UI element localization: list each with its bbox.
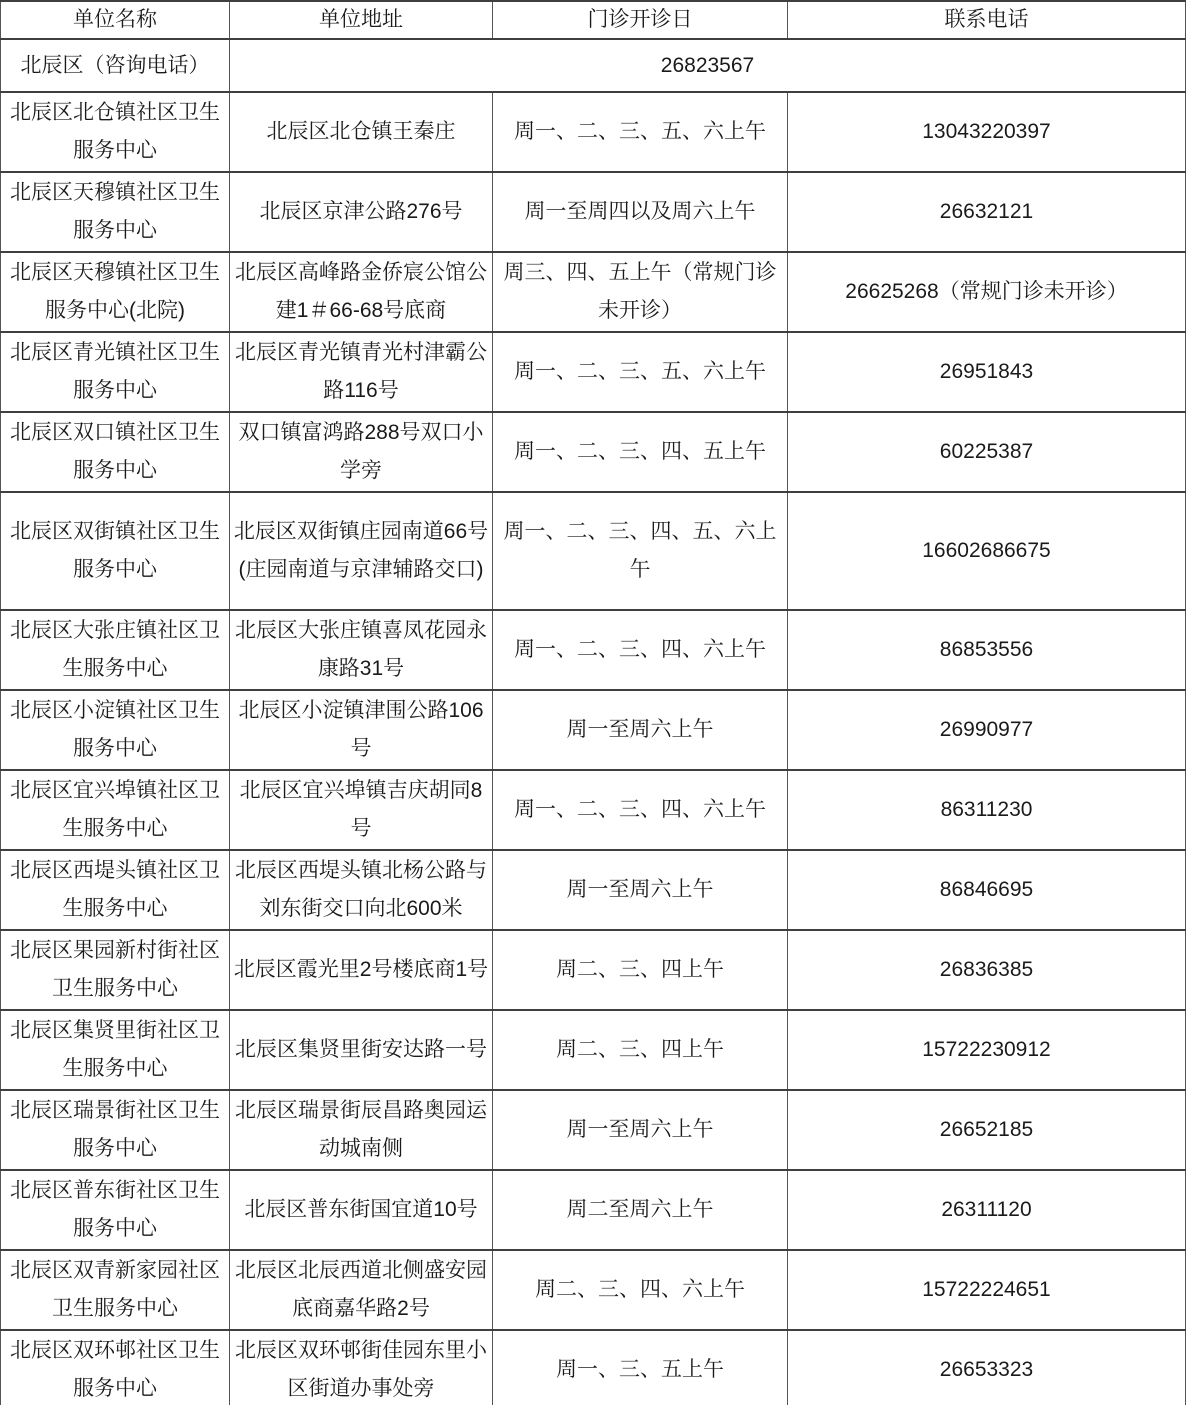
phone-cell: 26311120	[788, 1170, 1186, 1250]
address-cell: 北辰区北仓镇王秦庄	[230, 92, 493, 172]
address-cell: 北辰区双环邨街佳园东里小区街道办事处旁	[230, 1330, 493, 1405]
unit-name-cell: 北辰区双街镇社区卫生服务中心	[1, 492, 230, 610]
days-cell: 周二、三、四上午	[493, 930, 788, 1010]
column-header-unit-name: 单位名称	[1, 1, 230, 39]
unit-name-cell: 北辰区青光镇社区卫生服务中心	[1, 332, 230, 412]
phone-cell: 15722224651	[788, 1250, 1186, 1330]
table-row: 北辰区小淀镇社区卫生服务中心 北辰区小淀镇津围公路106号 周一至周六上午 26…	[1, 690, 1186, 770]
clinic-table: 单位名称 单位地址 门诊开诊日 联系电话 北辰区（咨询电话） 26823567 …	[0, 0, 1186, 1405]
table-body: 北辰区（咨询电话） 26823567 北辰区北仓镇社区卫生服务中心 北辰区北仓镇…	[1, 39, 1186, 1405]
phone-cell: 60225387	[788, 412, 1186, 492]
unit-name-cell: 北辰区北仓镇社区卫生服务中心	[1, 92, 230, 172]
phone-cell: 26632121	[788, 172, 1186, 252]
days-cell: 周一、三、五上午	[493, 1330, 788, 1405]
table-row: 北辰区双口镇社区卫生服务中心 双口镇富鸿路288号双口小学旁 周一、二、三、四、…	[1, 412, 1186, 492]
days-cell: 周一至周六上午	[493, 1090, 788, 1170]
unit-name-cell: 北辰区宜兴埠镇社区卫生服务中心	[1, 770, 230, 850]
column-header-contact-phone: 联系电话	[788, 1, 1186, 39]
address-cell: 北辰区高峰路金侨宸公馆公建1＃66-68号底商	[230, 252, 493, 332]
phone-cell: 13043220397	[788, 92, 1186, 172]
address-cell: 北辰区大张庄镇喜凤花园永康路31号	[230, 610, 493, 690]
phone-cell: 86846695	[788, 850, 1186, 930]
table-row: 北辰区集贤里街社区卫生服务中心 北辰区集贤里街安达路一号 周二、三、四上午 15…	[1, 1010, 1186, 1090]
days-cell: 周一至周四以及周六上午	[493, 172, 788, 252]
table-row: 北辰区天穆镇社区卫生服务中心 北辰区京津公路276号 周一至周四以及周六上午 2…	[1, 172, 1186, 252]
unit-name-cell: 北辰区瑞景街社区卫生服务中心	[1, 1090, 230, 1170]
unit-name-cell: 北辰区果园新村街社区卫生服务中心	[1, 930, 230, 1010]
table-row: 北辰区西堤头镇社区卫生服务中心 北辰区西堤头镇北杨公路与刘东街交口向北600米 …	[1, 850, 1186, 930]
unit-name-cell: 北辰区天穆镇社区卫生服务中心	[1, 172, 230, 252]
phone-cell: 26625268（常规门诊未开诊）	[788, 252, 1186, 332]
header-row: 单位名称 单位地址 门诊开诊日 联系电话	[1, 1, 1186, 39]
table-row: 北辰区青光镇社区卫生服务中心 北辰区青光镇青光村津霸公路116号 周一、二、三、…	[1, 332, 1186, 412]
days-cell: 周一至周六上午	[493, 850, 788, 930]
column-header-clinic-days: 门诊开诊日	[493, 1, 788, 39]
unit-name-cell: 北辰区双口镇社区卫生服务中心	[1, 412, 230, 492]
address-cell: 北辰区普东街国宜道10号	[230, 1170, 493, 1250]
days-cell: 周二、三、四、六上午	[493, 1250, 788, 1330]
address-cell: 北辰区京津公路276号	[230, 172, 493, 252]
table-row: 北辰区双青新家园社区卫生服务中心 北辰区北辰西道北侧盛安园底商嘉华路2号 周二、…	[1, 1250, 1186, 1330]
table-row: 北辰区北仓镇社区卫生服务中心 北辰区北仓镇王秦庄 周一、二、三、五、六上午 13…	[1, 92, 1186, 172]
unit-name-cell: 北辰区天穆镇社区卫生服务中心(北院)	[1, 252, 230, 332]
column-header-unit-address: 单位地址	[230, 1, 493, 39]
days-cell: 周一、二、三、五、六上午	[493, 332, 788, 412]
days-cell: 周一、二、三、四、五、六上午	[493, 492, 788, 610]
unit-name-cell: 北辰区（咨询电话）	[1, 39, 230, 92]
phone-cell: 86853556	[788, 610, 1186, 690]
phone-cell: 15722230912	[788, 1010, 1186, 1090]
days-cell: 周二、三、四上午	[493, 1010, 788, 1090]
address-cell: 北辰区西堤头镇北杨公路与刘东街交口向北600米	[230, 850, 493, 930]
days-cell: 周二至周六上午	[493, 1170, 788, 1250]
phone-cell: 26951843	[788, 332, 1186, 412]
unit-name-cell: 北辰区大张庄镇社区卫生服务中心	[1, 610, 230, 690]
unit-name-cell: 北辰区双环邨社区卫生服务中心	[1, 1330, 230, 1405]
phone-cell: 26653323	[788, 1330, 1186, 1405]
days-cell: 周一、二、三、四、六上午	[493, 770, 788, 850]
table-row: 北辰区瑞景街社区卫生服务中心 北辰区瑞景街辰昌路奥园运动城南侧 周一至周六上午 …	[1, 1090, 1186, 1170]
table-row: 北辰区普东街社区卫生服务中心 北辰区普东街国宜道10号 周二至周六上午 2631…	[1, 1170, 1186, 1250]
phone-cell: 26652185	[788, 1090, 1186, 1170]
phone-cell: 26990977	[788, 690, 1186, 770]
table-row: 北辰区大张庄镇社区卫生服务中心 北辰区大张庄镇喜凤花园永康路31号 周一、二、三…	[1, 610, 1186, 690]
phone-cell: 16602686675	[788, 492, 1186, 610]
table-row: 北辰区双街镇社区卫生服务中心 北辰区双街镇庄园南道66号(庄园南道与京津辅路交口…	[1, 492, 1186, 610]
unit-name-cell: 北辰区双青新家园社区卫生服务中心	[1, 1250, 230, 1330]
address-cell: 北辰区瑞景街辰昌路奥园运动城南侧	[230, 1090, 493, 1170]
table-row: 北辰区果园新村街社区卫生服务中心 北辰区霞光里2号楼底商1号 周二、三、四上午 …	[1, 930, 1186, 1010]
days-cell: 周一至周六上午	[493, 690, 788, 770]
table-row: 北辰区宜兴埠镇社区卫生服务中心 北辰区宜兴埠镇吉庆胡同8号 周一、二、三、四、六…	[1, 770, 1186, 850]
address-cell: 北辰区霞光里2号楼底商1号	[230, 930, 493, 1010]
address-cell: 北辰区集贤里街安达路一号	[230, 1010, 493, 1090]
address-cell: 北辰区宜兴埠镇吉庆胡同8号	[230, 770, 493, 850]
phone-cell: 26836385	[788, 930, 1186, 1010]
unit-name-cell: 北辰区集贤里街社区卫生服务中心	[1, 1010, 230, 1090]
unit-name-cell: 北辰区西堤头镇社区卫生服务中心	[1, 850, 230, 930]
days-cell: 周一、二、三、五、六上午	[493, 92, 788, 172]
days-cell: 周三、四、五上午（常规门诊未开诊）	[493, 252, 788, 332]
unit-name-cell: 北辰区普东街社区卫生服务中心	[1, 1170, 230, 1250]
days-cell: 周一、二、三、四、六上午	[493, 610, 788, 690]
table-row: 北辰区双环邨社区卫生服务中心 北辰区双环邨街佳园东里小区街道办事处旁 周一、三、…	[1, 1330, 1186, 1405]
address-cell: 北辰区小淀镇津围公路106号	[230, 690, 493, 770]
phone-cell: 86311230	[788, 770, 1186, 850]
unit-name-cell: 北辰区小淀镇社区卫生服务中心	[1, 690, 230, 770]
table-row: 北辰区天穆镇社区卫生服务中心(北院) 北辰区高峰路金侨宸公馆公建1＃66-68号…	[1, 252, 1186, 332]
days-cell: 周一、二、三、四、五上午	[493, 412, 788, 492]
address-cell: 北辰区双街镇庄园南道66号(庄园南道与京津辅路交口)	[230, 492, 493, 610]
address-cell: 北辰区北辰西道北侧盛安园底商嘉华路2号	[230, 1250, 493, 1330]
district-consult-row: 北辰区（咨询电话） 26823567	[1, 39, 1186, 92]
address-cell: 双口镇富鸿路288号双口小学旁	[230, 412, 493, 492]
consult-phone-cell: 26823567	[230, 39, 1186, 92]
address-cell: 北辰区青光镇青光村津霸公路116号	[230, 332, 493, 412]
table-header: 单位名称 单位地址 门诊开诊日 联系电话	[1, 1, 1186, 39]
